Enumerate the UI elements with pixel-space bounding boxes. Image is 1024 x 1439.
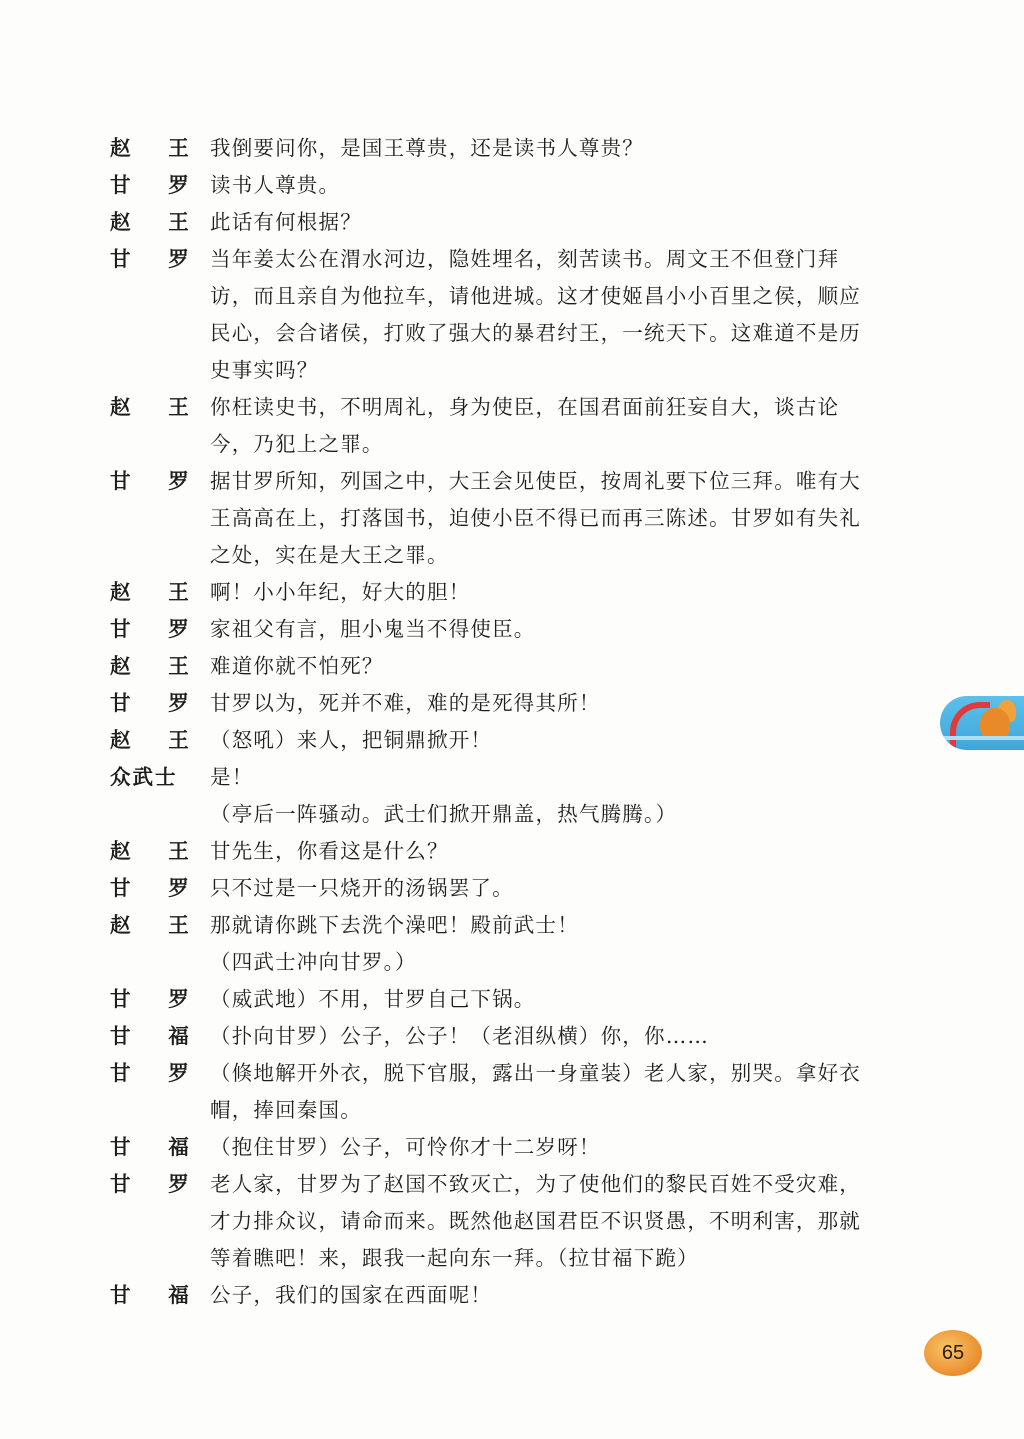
speaker-char: 甘 [110, 463, 132, 500]
speaker-char: 甘 [110, 1055, 132, 1092]
dialogue-line: 赵王那就请你跳下去洗个澡吧！殿前武士！ [110, 907, 920, 944]
speaker-name: 甘罗 [110, 870, 190, 907]
speaker-char: 罗 [168, 1055, 190, 1092]
speaker-char: 赵 [110, 204, 132, 241]
speaker-name: 甘福 [110, 1277, 190, 1314]
dialogue-line: 赵王难道你就不怕死？ [110, 648, 920, 685]
line-text: （怒吼）来人，把铜鼎掀开！ [210, 722, 492, 759]
speaker-name: 甘罗 [110, 1055, 190, 1092]
dialogue-line: 甘罗据甘罗所知，列国之中，大王会见使臣，按周礼要下位三拜。唯有大 [110, 463, 920, 500]
speaker-char: 罗 [168, 870, 190, 907]
speaker-char: 罗 [168, 463, 190, 500]
dialogue-continuation: 才力排众议，请命而来。既然他赵国君臣不识贤愚，不明利害，那就 [110, 1203, 920, 1240]
speaker-char: 福 [168, 1277, 190, 1314]
line-text: （抱住甘罗）公子，可怜你才十二岁呀！ [210, 1129, 601, 1166]
speaker-char: 赵 [110, 130, 132, 167]
speaker-char: 王 [168, 722, 190, 759]
line-text: 甘罗以为，死并不难，难的是死得其所！ [210, 685, 601, 722]
dialogue-line: 甘福（抱住甘罗）公子，可怜你才十二岁呀！ [110, 1129, 920, 1166]
line-text: 家祖父有言，胆小鬼当不得使臣。 [210, 611, 536, 648]
speaker-char: 赵 [110, 833, 132, 870]
dialogue-continuation: 史事实吗？ [110, 352, 920, 389]
speaker-char: 王 [168, 130, 190, 167]
speaker-char: 罗 [168, 241, 190, 278]
dialogue-line: 甘罗家祖父有言，胆小鬼当不得使臣。 [110, 611, 920, 648]
line-text: 今，乃犯上之罪。 [210, 426, 384, 463]
speaker-char: 甘 [110, 1277, 132, 1314]
speaker-name: 赵王 [110, 833, 190, 870]
dialogue-line: 甘罗读书人尊贵。 [110, 167, 920, 204]
speaker-name: 甘罗 [110, 685, 190, 722]
speaker-char: 罗 [168, 611, 190, 648]
speaker-name: 甘福 [110, 1129, 190, 1166]
line-text: （威武地）不用，甘罗自己下锅。 [210, 981, 536, 1018]
line-text: 访，而且亲自为他拉车，请他进城。这才使姬昌小小百里之侯，顺应 [210, 278, 861, 315]
speaker-name: 甘罗 [110, 167, 190, 204]
line-text: 公子，我们的国家在西面呢！ [210, 1277, 492, 1314]
line-text: 之处，实在是大王之罪。 [210, 537, 449, 574]
line-text: （扑向甘罗）公子，公子！（老泪纵横）你，你…… [210, 1018, 709, 1055]
speaker-name: 赵王 [110, 574, 190, 611]
dialogue-line: 甘福公子，我们的国家在西面呢！ [110, 1277, 920, 1314]
side-tab [940, 696, 1024, 750]
speaker-name: 甘罗 [110, 463, 190, 500]
dialogue-line: 甘罗（威武地）不用，甘罗自己下锅。 [110, 981, 920, 1018]
speaker-char: 甘 [110, 241, 132, 278]
speaker-char: 王 [168, 574, 190, 611]
stripe-decoration [940, 736, 1024, 740]
speaker-char: 罗 [168, 1166, 190, 1203]
speaker-char: 福 [168, 1018, 190, 1055]
speaker-char: 众武士 [110, 759, 178, 796]
line-text: 读书人尊贵。 [210, 167, 340, 204]
line-text: 甘先生，你看这是什么？ [210, 833, 449, 870]
speaker-name: 甘罗 [110, 611, 190, 648]
speaker-name: 众武士 [110, 759, 190, 796]
speaker-char: 甘 [110, 870, 132, 907]
speaker-name: 甘罗 [110, 1166, 190, 1203]
speaker-char: 王 [168, 648, 190, 685]
script-body: 赵王我倒要问你，是国王尊贵，还是读书人尊贵？甘罗读书人尊贵。赵王此话有何根据？甘… [110, 130, 920, 1314]
dialogue-continuation: 王高高在上，打落国书，迫使小臣不得已而再三陈述。甘罗如有失礼 [110, 500, 920, 537]
speaker-char: 福 [168, 1129, 190, 1166]
line-text: 只不过是一只烧开的汤锅罢了。 [210, 870, 514, 907]
dialogue-line: 甘罗甘罗以为，死并不难，难的是死得其所！ [110, 685, 920, 722]
speaker-char: 赵 [110, 722, 132, 759]
speaker-char: 甘 [110, 1166, 132, 1203]
speaker-char: 甘 [110, 167, 132, 204]
dialogue-line: 众武士是！ [110, 759, 920, 796]
line-text: 王高高在上，打落国书，迫使小臣不得已而再三陈述。甘罗如有失礼 [210, 500, 861, 537]
line-text: 史事实吗？ [210, 352, 319, 389]
dialogue-line: 赵王啊！小小年纪，好大的胆！ [110, 574, 920, 611]
line-text: 才力排众议，请命而来。既然他赵国君臣不识贤愚，不明利害，那就 [210, 1203, 861, 1240]
speaker-char: 王 [168, 389, 190, 426]
speaker-char: 甘 [110, 1129, 132, 1166]
line-text: 民心，会合诸侯，打败了强大的暴君纣王，一统天下。这难道不是历 [210, 315, 861, 352]
dialogue-line: 甘福（扑向甘罗）公子，公子！（老泪纵横）你，你…… [110, 1018, 920, 1055]
speaker-char: 赵 [110, 574, 132, 611]
speaker-char: 罗 [168, 685, 190, 722]
speaker-name: 赵王 [110, 130, 190, 167]
dialogue-line: 甘罗只不过是一只烧开的汤锅罢了。 [110, 870, 920, 907]
dialogue-continuation: 之处，实在是大王之罪。 [110, 537, 920, 574]
speaker-char: 王 [168, 907, 190, 944]
speaker-char: 甘 [110, 685, 132, 722]
line-text: 那就请你跳下去洗个澡吧！殿前武士！ [210, 907, 579, 944]
line-text: 我倒要问你，是国王尊贵，还是读书人尊贵？ [210, 130, 644, 167]
line-text: 据甘罗所知，列国之中，大王会见使臣，按周礼要下位三拜。唯有大 [210, 463, 861, 500]
speaker-name: 赵王 [110, 907, 190, 944]
line-text: 此话有何根据？ [210, 204, 362, 241]
dialogue-continuation: 访，而且亲自为他拉车，请他进城。这才使姬昌小小百里之侯，顺应 [110, 278, 920, 315]
line-text: 帽，捧回秦国。 [210, 1092, 362, 1129]
line-text: 等着瞧吧！来，跟我一起向东一拜。（拉甘福下跪） [210, 1240, 699, 1277]
dialogue-continuation: 今，乃犯上之罪。 [110, 426, 920, 463]
speaker-char: 赵 [110, 389, 132, 426]
speaker-name: 赵王 [110, 722, 190, 759]
dialogue-continuation: 帽，捧回秦国。 [110, 1092, 920, 1129]
speaker-char: 罗 [168, 167, 190, 204]
speaker-name: 赵王 [110, 648, 190, 685]
line-text: 啊！小小年纪，好大的胆！ [210, 574, 470, 611]
dialogue-continuation: 民心，会合诸侯，打败了强大的暴君纣王，一统天下。这难道不是历 [110, 315, 920, 352]
dialogue-line: 赵王（怒吼）来人，把铜鼎掀开！ [110, 722, 920, 759]
speaker-char: 甘 [110, 611, 132, 648]
dialogue-continuation: 等着瞧吧！来，跟我一起向东一拜。（拉甘福下跪） [110, 1240, 920, 1277]
stage-direction: （四武士冲向甘罗。） [110, 944, 920, 981]
line-text: （倏地解开外衣，脱下官服，露出一身童装）老人家，别哭。拿好衣 [210, 1055, 861, 1092]
dialogue-line: 甘罗当年姜太公在渭水河边，隐姓埋名，刻苦读书。周文王不但登门拜 [110, 241, 920, 278]
line-text: 当年姜太公在渭水河边，隐姓埋名，刻苦读书。周文王不但登门拜 [210, 241, 839, 278]
dialogue-line: 赵王甘先生，你看这是什么？ [110, 833, 920, 870]
speaker-name: 甘罗 [110, 241, 190, 278]
speaker-name: 甘福 [110, 1018, 190, 1055]
speaker-char: 赵 [110, 648, 132, 685]
speaker-char: 赵 [110, 907, 132, 944]
speaker-name: 赵王 [110, 204, 190, 241]
line-text: 是！ [210, 759, 253, 796]
line-text: （四武士冲向甘罗。） [210, 944, 417, 981]
line-text: 老人家，甘罗为了赵国不致灭亡，为了使他们的黎民百姓不受灾难， [210, 1166, 861, 1203]
dialogue-line: 甘罗老人家，甘罗为了赵国不致灭亡，为了使他们的黎民百姓不受灾难， [110, 1166, 920, 1203]
speaker-name: 赵王 [110, 389, 190, 426]
speaker-char: 王 [168, 833, 190, 870]
line-text: （亭后一阵骚动。武士们掀开鼎盖，热气腾腾。） [210, 796, 677, 833]
dialogue-line: 赵王我倒要问你，是国王尊贵，还是读书人尊贵？ [110, 130, 920, 167]
line-text: 难道你就不怕死？ [210, 648, 384, 685]
line-text: 你枉读史书，不明周礼，身为使臣，在国君面前狂妄自大，谈古论 [210, 389, 839, 426]
page-number: 65 [924, 1330, 982, 1376]
dialogue-line: 甘罗（倏地解开外衣，脱下官服，露出一身童装）老人家，别哭。拿好衣 [110, 1055, 920, 1092]
dialogue-line: 赵王你枉读史书，不明周礼，身为使臣，在国君面前狂妄自大，谈古论 [110, 389, 920, 426]
stage-direction: （亭后一阵骚动。武士们掀开鼎盖，热气腾腾。） [110, 796, 920, 833]
speaker-name: 甘罗 [110, 981, 190, 1018]
dialogue-line: 赵王此话有何根据？ [110, 204, 920, 241]
speaker-char: 甘 [110, 1018, 132, 1055]
speaker-char: 甘 [110, 981, 132, 1018]
speaker-char: 王 [168, 204, 190, 241]
speaker-char: 罗 [168, 981, 190, 1018]
